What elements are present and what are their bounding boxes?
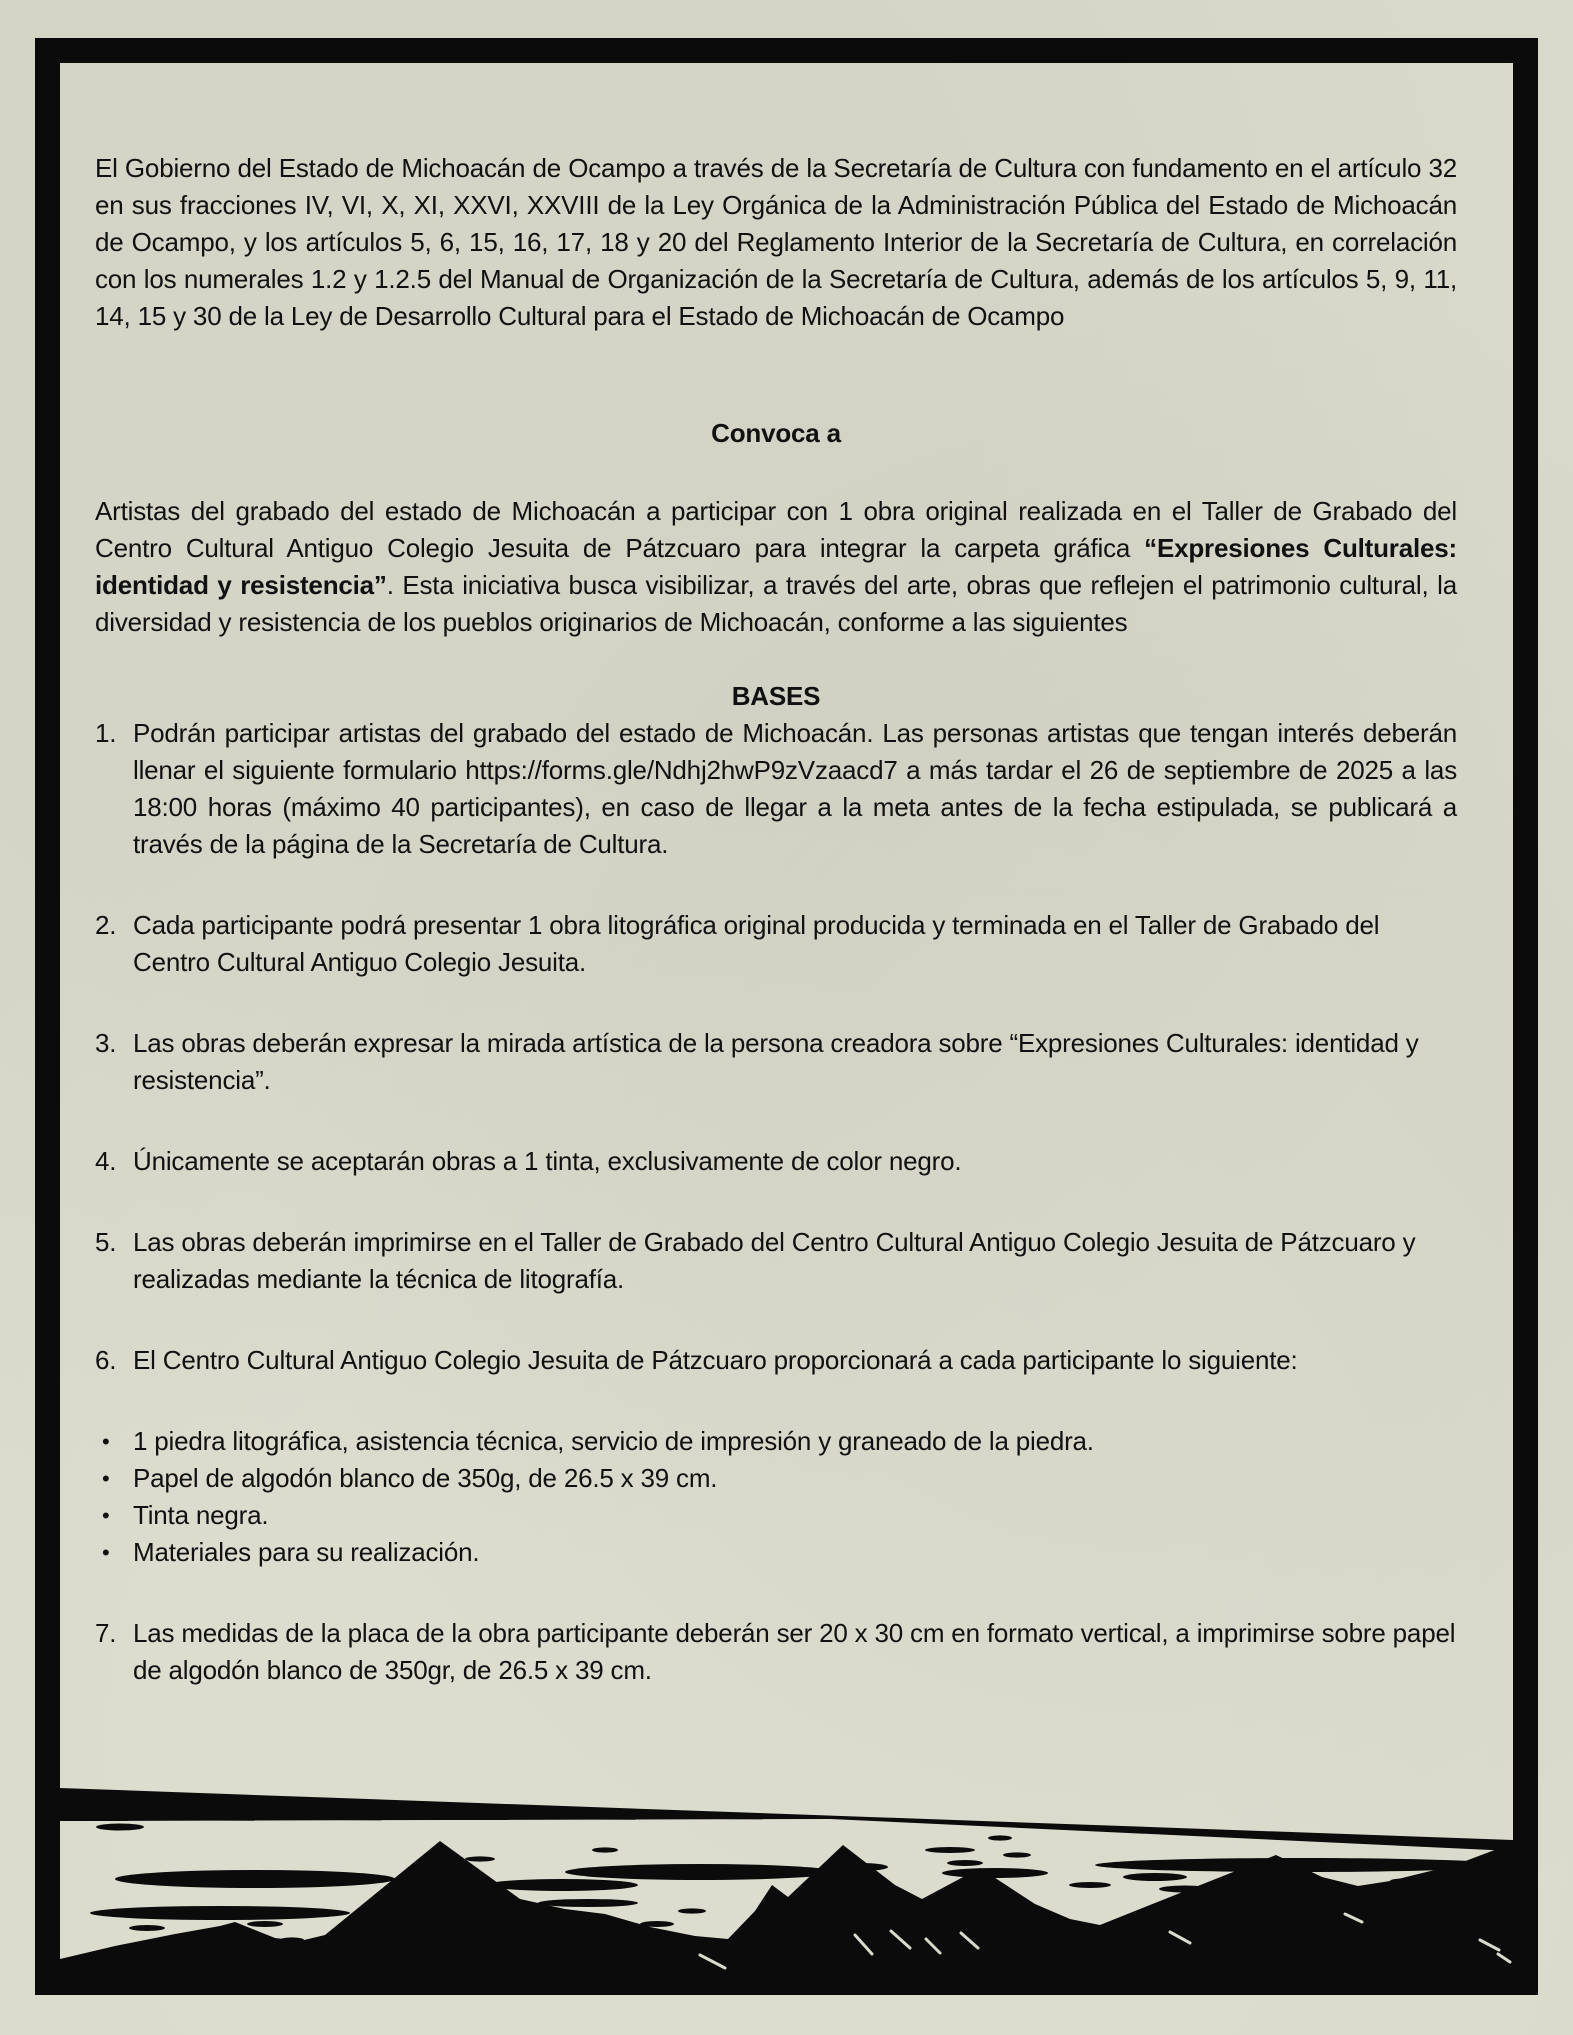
bases-item-1: 1.Podrán participar artistas del grabado… — [95, 715, 1457, 863]
bullet-text: Tinta negra. — [133, 1497, 1457, 1534]
woodcut-landscape-illustration — [60, 1783, 1513, 1970]
item-number: 3. — [95, 1025, 133, 1099]
bullet-item: •Papel de algodón blanco de 350g, de 26.… — [95, 1460, 1457, 1497]
convoca-heading: Convoca a — [95, 415, 1457, 452]
bases-item-2: 2.Cada participante podrá presentar 1 ob… — [95, 907, 1457, 981]
bullet-item: •Tinta negra. — [95, 1497, 1457, 1534]
bases-item-7: 7.Las medidas de la placa de la obra par… — [95, 1615, 1457, 1689]
item-number: 5. — [95, 1224, 133, 1298]
bullet-text: Materiales para su realización. — [133, 1534, 1457, 1571]
item-number: 2. — [95, 907, 133, 981]
item-number: 6. — [95, 1342, 133, 1379]
document-content: El Gobierno del Estado de Michoacán de O… — [60, 63, 1513, 1689]
call-paragraph: Artistas del grabado del estado de Micho… — [95, 493, 1457, 641]
item-text: Únicamente se aceptarán obras a 1 tinta,… — [133, 1143, 1457, 1180]
item-text: Las obras deberán expresar la mirada art… — [133, 1025, 1457, 1099]
item-text: Cada participante podrá presentar 1 obra… — [133, 907, 1457, 981]
bullet-glyph: • — [95, 1497, 133, 1534]
bases-item-4: 4.Únicamente se aceptarán obras a 1 tint… — [95, 1143, 1457, 1180]
item-text: Las obras deberán imprimirse en el Talle… — [133, 1224, 1457, 1298]
bullet-item: •Materiales para su realización. — [95, 1534, 1457, 1571]
bases-item-5: 5.Las obras deberán imprimirse en el Tal… — [95, 1224, 1457, 1298]
item-text: El Centro Cultural Antiguo Colegio Jesui… — [133, 1342, 1457, 1379]
bases-list: 1.Podrán participar artistas del grabado… — [95, 715, 1457, 1689]
document-page: El Gobierno del Estado de Michoacán de O… — [0, 0, 1573, 2035]
bullet-text: 1 piedra litográfica, asistencia técnica… — [133, 1423, 1457, 1460]
bullet-glyph: • — [95, 1423, 133, 1460]
border-frame: El Gobierno del Estado de Michoacán de O… — [35, 38, 1538, 1995]
bases-item-6: 6.El Centro Cultural Antiguo Colegio Jes… — [95, 1342, 1457, 1379]
bullet-glyph: • — [95, 1460, 133, 1497]
item-text: Podrán participar artistas del grabado d… — [133, 715, 1457, 863]
intro-paragraph: El Gobierno del Estado de Michoacán de O… — [95, 150, 1457, 335]
provided-materials-list: •1 piedra litográfica, asistencia técnic… — [95, 1423, 1457, 1571]
bases-heading: BASES — [95, 678, 1457, 715]
item-number: 1. — [95, 715, 133, 863]
bullet-text: Papel de algodón blanco de 350g, de 26.5… — [133, 1460, 1457, 1497]
item-number: 7. — [95, 1615, 133, 1689]
bases-item-3: 3.Las obras deberán expresar la mirada a… — [95, 1025, 1457, 1099]
item-number: 4. — [95, 1143, 133, 1180]
sky-band — [60, 1788, 1513, 1851]
bullet-glyph: • — [95, 1534, 133, 1571]
bullet-item: •1 piedra litográfica, asistencia técnic… — [95, 1423, 1457, 1460]
item-text: Las medidas de la placa de la obra parti… — [133, 1615, 1457, 1689]
